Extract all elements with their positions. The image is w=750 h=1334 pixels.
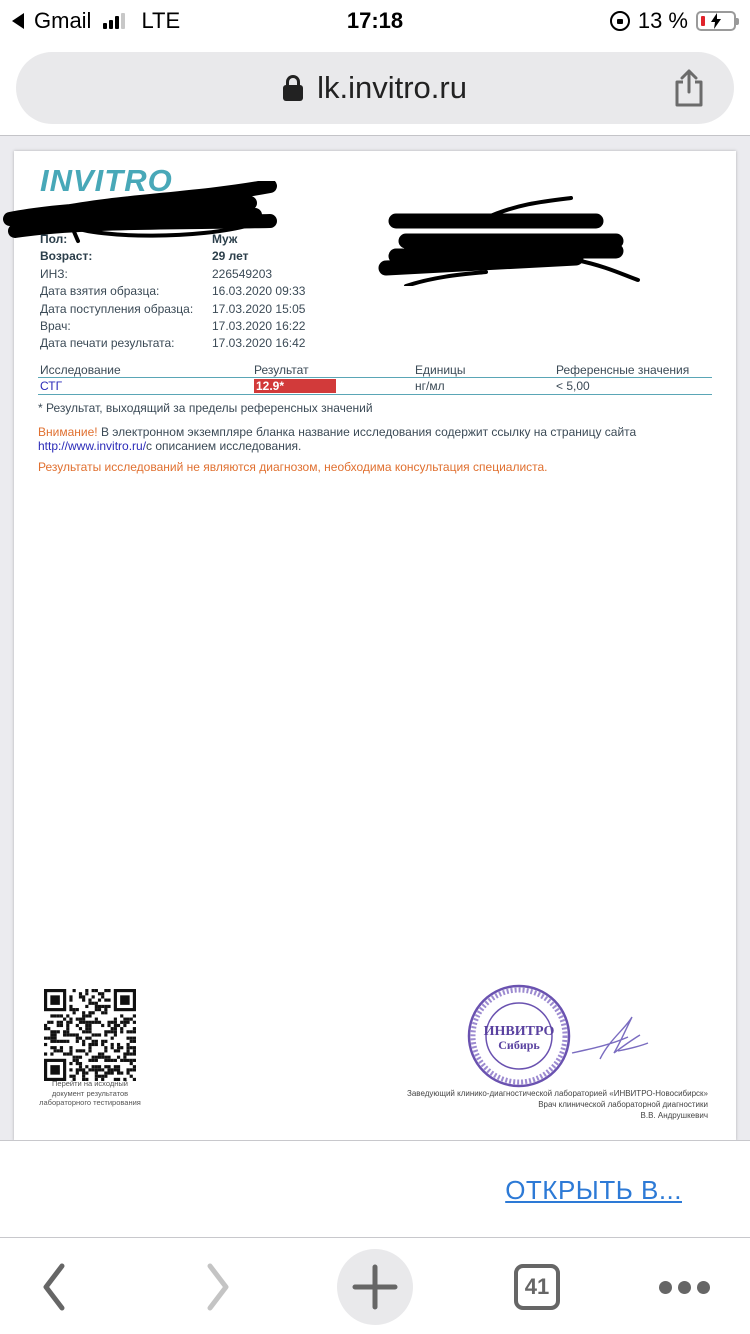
info-label: Врач: bbox=[40, 318, 212, 335]
qr-code[interactable] bbox=[44, 989, 136, 1081]
signature-block: Заведующий клинико-диагностической лабор… bbox=[407, 1088, 708, 1121]
share-icon[interactable] bbox=[672, 68, 706, 108]
info-row: ИНЗ:226549203 bbox=[40, 266, 305, 283]
info-label: Дата поступления образца: bbox=[40, 301, 212, 318]
col-test: Исследование bbox=[38, 363, 254, 377]
result-value-flagged: 12.9* bbox=[254, 379, 336, 393]
rotation-lock-icon bbox=[610, 11, 630, 31]
info-row: Пол:Муж bbox=[40, 231, 305, 248]
info-value: 16.03.2020 09:33 bbox=[212, 283, 305, 300]
chevron-right-icon bbox=[204, 1262, 234, 1312]
info-value: 17.03.2020 15:05 bbox=[212, 301, 305, 318]
plus-icon bbox=[352, 1264, 398, 1310]
info-label: Дата взятия образца: bbox=[40, 283, 212, 300]
more-dots-icon bbox=[659, 1281, 710, 1294]
svg-text:ИНВИТРО: ИНВИТРО bbox=[484, 1024, 555, 1039]
col-units: Единицы bbox=[415, 363, 556, 377]
more-menu-button[interactable] bbox=[656, 1250, 712, 1324]
results-table-header: Исследование Результат Единицы Референсн… bbox=[38, 362, 712, 378]
info-value: 17.03.2020 16:22 bbox=[212, 318, 305, 335]
footnote: * Результат, выходящий за пределы рефере… bbox=[38, 401, 373, 415]
battery-charging-icon bbox=[696, 11, 736, 31]
lab-stamp: ИНВИТРО Сибирь bbox=[466, 983, 572, 1089]
info-value: 226549203 bbox=[212, 266, 272, 283]
redaction-address bbox=[366, 196, 646, 286]
tabs-button[interactable]: 41 bbox=[512, 1250, 562, 1324]
qr-caption: Перейти на исходный документ результатов… bbox=[32, 1079, 148, 1108]
info-row: Возраст:29 лет bbox=[40, 248, 305, 265]
info-label: ИНЗ: bbox=[40, 266, 212, 283]
col-reference: Референсные значения bbox=[556, 363, 712, 377]
info-row: Дата поступления образца:17.03.2020 15:0… bbox=[40, 301, 305, 318]
table-row: СТГ 12.9* нг/мл < 5,00 bbox=[38, 378, 712, 395]
test-name-link[interactable]: СТГ bbox=[38, 379, 254, 393]
address-bar[interactable]: lk.invitro.ru bbox=[16, 52, 734, 124]
info-row: Дата печати результата:17.03.2020 16:42 bbox=[40, 335, 305, 352]
info-label: Возраст: bbox=[40, 248, 212, 265]
new-tab-button[interactable] bbox=[337, 1250, 413, 1324]
document-viewer[interactable]: INVITRO Пол:МужВозраст:29 летИНЗ:2265492… bbox=[0, 135, 750, 1140]
info-row: Врач:17.03.2020 16:22 bbox=[40, 318, 305, 335]
browser-toolbar: 41 bbox=[0, 1237, 750, 1334]
notice: Внимание! В электронном экземпляре бланк… bbox=[38, 425, 718, 453]
results-table: Исследование Результат Единицы Референсн… bbox=[38, 362, 712, 395]
battery-percent: 13 % bbox=[638, 8, 688, 34]
svg-text:Сибирь: Сибирь bbox=[498, 1038, 540, 1052]
info-value: 29 лет bbox=[212, 248, 249, 265]
notice-text-after: с описанием исследования. bbox=[146, 439, 301, 453]
col-result: Результат bbox=[254, 363, 415, 377]
info-label: Дата печати результата: bbox=[40, 335, 212, 352]
back-button[interactable] bbox=[30, 1250, 76, 1324]
info-label: Пол: bbox=[40, 231, 212, 248]
open-in-bar: ОТКРЫТЬ В... bbox=[0, 1140, 750, 1237]
disclaimer: Результаты исследований не являются диаг… bbox=[38, 460, 548, 474]
forward-button[interactable] bbox=[196, 1250, 242, 1324]
info-row: Дата взятия образца:16.03.2020 09:33 bbox=[40, 283, 305, 300]
reference-value: < 5,00 bbox=[556, 379, 712, 393]
chevron-left-icon bbox=[38, 1262, 68, 1312]
signature bbox=[570, 1009, 650, 1065]
notice-text: В электронном экземпляре бланка название… bbox=[98, 425, 637, 439]
units-value: нг/мл bbox=[415, 379, 556, 393]
status-right: 13 % bbox=[610, 8, 736, 34]
patient-info: Пол:МужВозраст:29 летИНЗ:226549203Дата в… bbox=[40, 231, 305, 353]
open-in-button[interactable]: ОТКРЫТЬ В... bbox=[505, 1175, 682, 1206]
lock-icon bbox=[283, 75, 303, 101]
url-domain[interactable]: lk.invitro.ru bbox=[317, 70, 467, 106]
status-bar: Gmail LTE 17:18 13 % bbox=[0, 0, 750, 42]
notice-warning: Внимание! bbox=[38, 425, 98, 439]
invitro-site-link[interactable]: http://www.invitro.ru/ bbox=[38, 439, 146, 453]
info-value: Муж bbox=[212, 231, 237, 248]
tab-count-icon: 41 bbox=[514, 1264, 560, 1310]
info-value: 17.03.2020 16:42 bbox=[212, 335, 305, 352]
document-page: INVITRO Пол:МужВозраст:29 летИНЗ:2265492… bbox=[14, 151, 736, 1141]
